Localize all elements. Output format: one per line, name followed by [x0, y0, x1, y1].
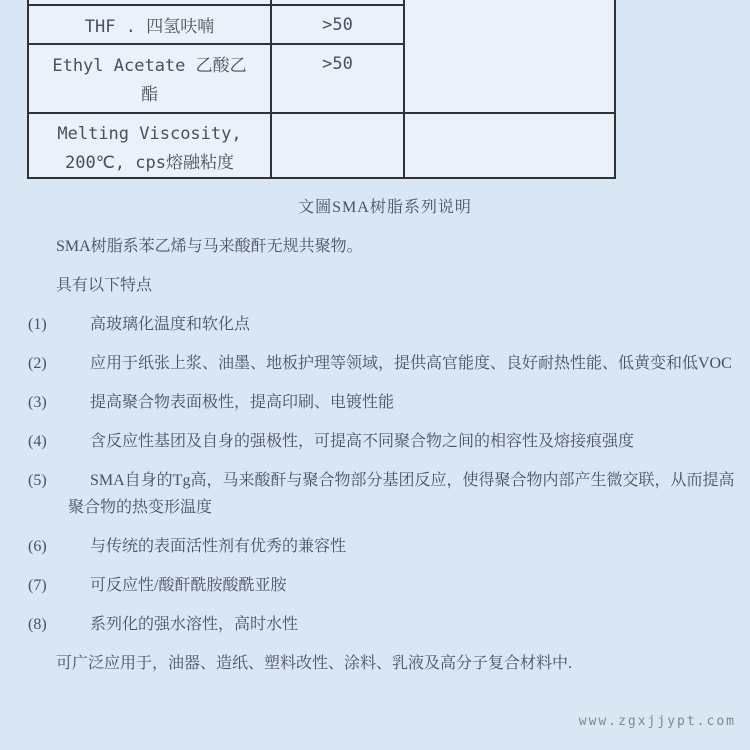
feature-number: (8) — [28, 611, 90, 638]
conclusion-paragraph: 可广泛应用于，油器、造纸、塑料改性、涂料、乳液及高分子复合材料中. — [28, 650, 742, 677]
feature-number: (6) — [28, 533, 90, 560]
feature-item: (2)应用于纸张上浆、油墨、地板护理等领域，提供高官能度、良好耐热性能、低黄变和… — [28, 350, 742, 377]
feature-item: (7)可反应性/酸酐酰胺酸酰亚胺 — [28, 572, 742, 599]
product-spec-table: THF . 四氢呋喃 >50 Ethyl Acetate 乙酸乙酯 >50 Me… — [27, 0, 616, 179]
feature-number: (1) — [28, 311, 90, 338]
table-cell-merged-empty — [405, 0, 614, 112]
feature-text: 含反应性基团及自身的强极性，可提高不同聚合物之间的相容性及熔接痕强度 — [90, 433, 634, 450]
table-cell-ethyl-acetate-name: Ethyl Acetate 乙酸乙酯 — [29, 45, 270, 119]
feature-item: (1)高玻璃化温度和软化点 — [28, 311, 742, 338]
table-cell-thf-name: THF . 四氢呋喃 — [29, 6, 270, 43]
feature-text: 可反应性/酸酐酰胺酸酰亚胺 — [90, 577, 286, 594]
feature-text: 系列化的强水溶性，高时水性 — [90, 616, 298, 633]
feature-number: (2) — [28, 350, 90, 377]
feature-text: 提高聚合物表面极性，提高印刷、电镀性能 — [90, 394, 394, 411]
feature-number: (7) — [28, 572, 90, 599]
table-cell-melting-viscosity-name: Melting Viscosity, 200℃, cps熔融粘度 — [29, 114, 270, 183]
features-heading: 具有以下特点 — [28, 272, 742, 299]
feature-text: SMA自身的Tg高，马来酸酐与聚合物部分基团反应，使得聚合物内部产生微交联，从而… — [68, 472, 734, 516]
table-cell-melting-viscosity-value — [272, 114, 403, 177]
website-watermark: www.zgxjjypt.com — [579, 714, 736, 729]
feature-number: (5) — [28, 467, 90, 494]
table-cell-thf-value: >50 — [272, 6, 403, 43]
page-title: 文圌SMA树脂系列说明 — [28, 194, 742, 221]
feature-item: (5)SMA自身的Tg高，马来酸酐与聚合物部分基团反应，使得聚合物内部产生微交联… — [28, 467, 742, 521]
feature-number: (4) — [28, 428, 90, 455]
feature-item: (4)含反应性基团及自身的强极性，可提高不同聚合物之间的相容性及熔接痕强度 — [28, 428, 742, 455]
table-cell-ethyl-acetate-value: >50 — [272, 45, 403, 121]
feature-text: 应用于纸张上浆、油墨、地板护理等领域，提供高官能度、良好耐热性能、低黄变和低VO… — [90, 355, 732, 372]
feature-text: 高玻璃化温度和软化点 — [90, 316, 250, 333]
feature-number: (3) — [28, 389, 90, 416]
feature-item: (3)提高聚合物表面极性，提高印刷、电镀性能 — [28, 389, 742, 416]
table-gridline — [614, 0, 616, 179]
document-body: 文圌SMA树脂系列说明 SMA树脂系苯乙烯与马来酸酐无规共聚物。 具有以下特点 … — [28, 194, 742, 689]
feature-item: (6)与传统的表面活性剂有优秀的兼容性 — [28, 533, 742, 560]
feature-text: 与传统的表面活性剂有优秀的兼容性 — [90, 538, 346, 555]
feature-item: (8)系列化的强水溶性，高时水性 — [28, 611, 742, 638]
intro-paragraph: SMA树脂系苯乙烯与马来酸酐无规共聚物。 — [28, 233, 742, 260]
table-cell-empty — [405, 114, 614, 177]
